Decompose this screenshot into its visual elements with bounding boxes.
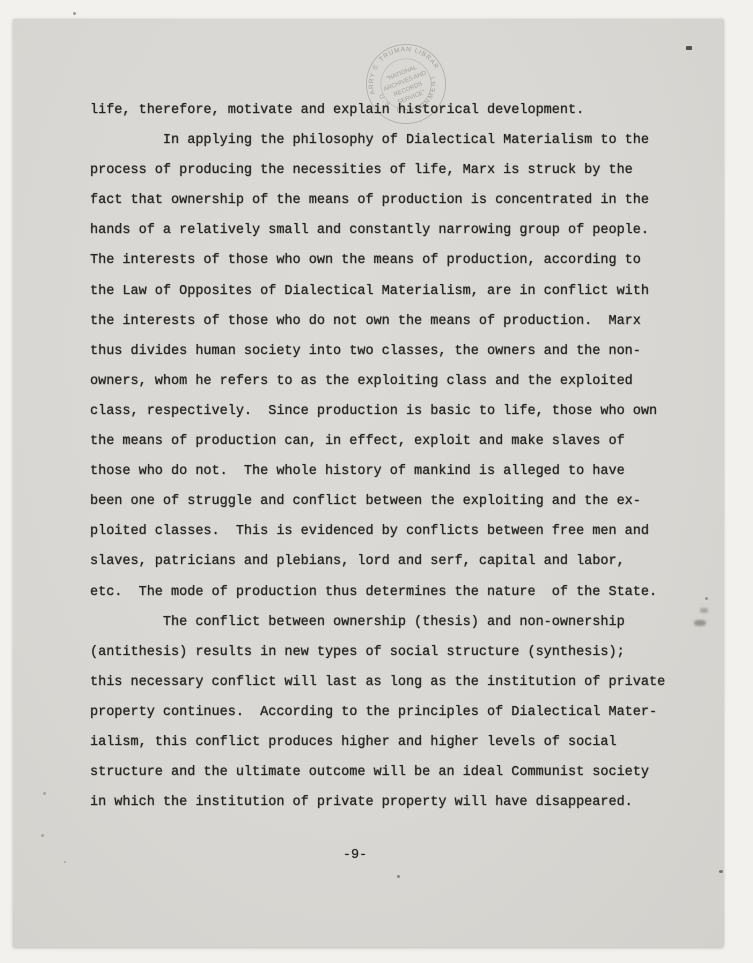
scan-speck bbox=[630, 590, 632, 592]
text-line: In applying the philosophy of Dialectica… bbox=[90, 126, 695, 156]
text-line: in which the institution of private prop… bbox=[90, 788, 695, 818]
pencil-smudge bbox=[700, 608, 708, 613]
text-line: The conflict between ownership (thesis) … bbox=[90, 608, 695, 638]
scan-speck bbox=[397, 875, 400, 878]
text-line: fact that ownership of the means of prod… bbox=[90, 186, 695, 216]
text-line: hands of a relatively small and constant… bbox=[90, 216, 695, 246]
scan-speck bbox=[41, 834, 44, 837]
text-line: the means of production can, in effect, … bbox=[90, 427, 695, 457]
document-scan: HARRY S. TRUMAN LIBRARY U.S. GOVERNMENT … bbox=[0, 0, 753, 963]
text-line: etc. The mode of production thus determi… bbox=[90, 578, 695, 608]
text-line: thus divides human society into two clas… bbox=[90, 337, 695, 367]
scan-speck bbox=[73, 12, 76, 15]
scan-speck bbox=[43, 792, 46, 795]
ink-mark bbox=[686, 46, 692, 50]
text-line: property continues. According to the pri… bbox=[90, 698, 695, 728]
text-line: this necessary conflict will last as lon… bbox=[90, 668, 695, 698]
text-line: structure and the ultimate outcome will … bbox=[90, 758, 695, 788]
text-line: life, therefore, motivate and explain hi… bbox=[90, 96, 695, 126]
scan-speck bbox=[719, 870, 723, 873]
pencil-smudge bbox=[694, 620, 706, 626]
text-line: The interests of those who own the means… bbox=[90, 246, 695, 276]
page-number: -9- bbox=[317, 848, 393, 863]
text-line: ploited classes. This is evidenced by co… bbox=[90, 517, 695, 547]
body-text: life, therefore, motivate and explain hi… bbox=[90, 96, 695, 818]
text-line: been one of struggle and conflict betwee… bbox=[90, 487, 695, 517]
text-line: (antithesis) results in new types of soc… bbox=[90, 638, 695, 668]
text-line: the interests of those who do not own th… bbox=[90, 307, 695, 337]
text-line: those who do not. The whole history of m… bbox=[90, 457, 695, 487]
text-line: process of producing the necessities of … bbox=[90, 156, 695, 186]
text-line: owners, whom he refers to as the exploit… bbox=[90, 367, 695, 397]
text-line: slaves, patricians and plebians, lord an… bbox=[90, 547, 695, 577]
scan-speck bbox=[705, 597, 708, 600]
text-line: class, respectively. Since production is… bbox=[90, 397, 695, 427]
text-line: the Law of Opposites of Dialectical Mate… bbox=[90, 277, 695, 307]
scan-speck bbox=[64, 861, 66, 863]
text-line: ialism, this conflict produces higher an… bbox=[90, 728, 695, 758]
